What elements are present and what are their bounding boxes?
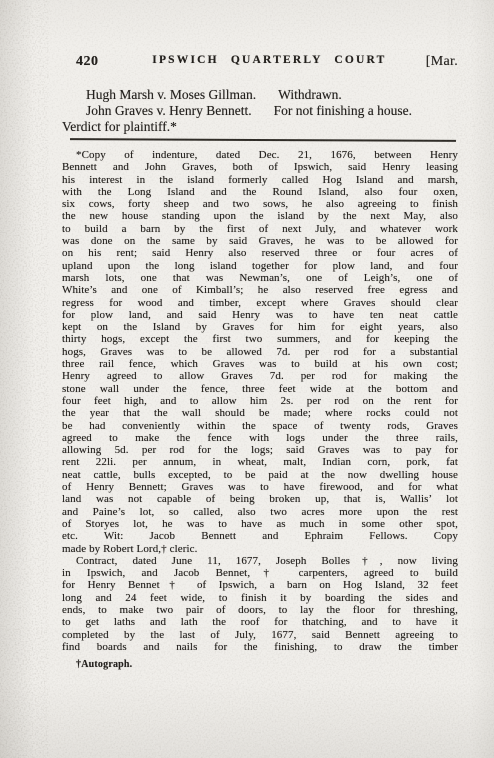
footnote-line: six cows, forty sheep and two sows, he a…	[62, 198, 458, 210]
footnote-line: Bennett and John Graves, both of Ipswich…	[62, 161, 458, 173]
footnote-line: ends, to make two pair of doors, to lay …	[62, 604, 458, 616]
footnote-line: Contract, dated June 11, 1677, Joseph Bo…	[62, 555, 458, 567]
footnote-line: the new house standing upon the island b…	[62, 210, 458, 222]
footnote-line: was done on the same by said Graves, he …	[62, 235, 458, 247]
footnote-line: thirty hogs, except the first two summer…	[62, 333, 458, 345]
footnote-line: the year that the wall should be made; w…	[62, 407, 458, 419]
footnote-line: his interest in the island formerly call…	[62, 174, 458, 186]
case-title: John Graves v. Henry Bennett.	[86, 103, 252, 118]
verdict-line: Verdict for plaintiff.*	[62, 119, 458, 135]
footnote-line: three rail fence, which Graves was to bu…	[62, 358, 458, 370]
header-month-label: [Mar.	[426, 54, 458, 70]
footnote-line: for Henry Bennet† of Ipswich, a barn on …	[62, 579, 458, 591]
page-header: 420 IPSWICH QUARTERLY COURT [Mar.	[62, 54, 458, 72]
footnote-line: *Copy of indenture, dated Dec. 21, 1676,…	[62, 149, 458, 161]
case-list: Hugh Marsh v. Moses Gillman.Withdrawn. J…	[62, 87, 458, 135]
footnote-line: upland upon the long island together for…	[62, 260, 458, 272]
footnote-line: stone wall under the fence, three feet w…	[62, 383, 458, 395]
footnote-line: in Ipswich, and Jacob Bennet,† carpenter…	[62, 567, 458, 579]
case-disposition: For not finishing a house.	[274, 103, 412, 118]
footnote-line: allowing 5d. per rod for the logs; said …	[62, 444, 458, 456]
footnote-line: on his rent; said Henry also reserved th…	[62, 247, 458, 259]
footnote-line: and Paine’s lot, so called, also two acr…	[62, 506, 458, 518]
footnote-line: completed by the last of July, 1677, sai…	[62, 629, 458, 641]
footnote-line: of Storyes lot, he was to have as much i…	[62, 518, 458, 530]
footnote-line: neat cattle, bulls excepted, to be paid …	[62, 469, 458, 481]
footnote-line: long and 24 feet wide, to finish it by b…	[62, 592, 458, 604]
footnote-line: be had conveniently within the space of …	[62, 420, 458, 432]
footnote-line: land was not capable of being broken up,…	[62, 493, 458, 505]
book-page: 420 IPSWICH QUARTERLY COURT [Mar. Hugh M…	[0, 0, 494, 758]
case-title: Hugh Marsh v. Moses Gillman.	[86, 87, 256, 102]
footnote-line: hogs, Graves was to be allowed 7d. per r…	[62, 346, 458, 358]
footnote-paragraph-2: Contract, dated June 11, 1677, Joseph Bo…	[62, 555, 458, 653]
footnote-line: kept on the Island by Graves for him for…	[62, 321, 458, 333]
case-entry: John Graves v. Henry Bennett.For not fin…	[62, 103, 458, 119]
footnote-line: agreed to make the fence with logs under…	[62, 432, 458, 444]
autograph-note: †Autograph.	[76, 659, 458, 671]
footnote: *Copy of indenture, dated Dec. 21, 1676,…	[62, 149, 458, 671]
footnote-paragraph-1: *Copy of indenture, dated Dec. 21, 1676,…	[62, 149, 458, 555]
footnote-line: marsh lots, one that was Newman’s, one o…	[62, 272, 458, 284]
footnote-line: made by Robert Lord,† cleric.	[62, 543, 458, 555]
footnote-line: rent 22li. per annum, in wheat, malt, In…	[62, 456, 458, 468]
footnote-line: find boards and nails for the finishing,…	[62, 641, 458, 653]
running-title: IPSWICH QUARTERLY COURT	[152, 54, 386, 66]
footnote-line: for plow land, and said Henry was to hav…	[62, 309, 458, 321]
footnote-line: with the Long Island and the Round Islan…	[62, 186, 458, 198]
footnote-line: of Henry Bennett; Graves was to have fir…	[62, 481, 458, 493]
page-content: 420 IPSWICH QUARTERLY COURT [Mar. Hugh M…	[62, 54, 458, 671]
page-number: 420	[62, 54, 99, 70]
footnote-line: regress for wood and timber, except wher…	[62, 297, 458, 309]
footnote-divider	[70, 138, 456, 142]
footnote-line: etc. Wit: Jacob Bennett and Ephraim Fell…	[62, 530, 458, 542]
footnote-line: White’s and one of Kimball’s; he also re…	[62, 284, 458, 296]
case-disposition: Withdrawn.	[278, 87, 342, 102]
footnote-line: to get laths and lath the roof for thatc…	[62, 616, 458, 628]
footnote-line: to build a barn by the first of next Jul…	[62, 223, 458, 235]
footnote-line: Henry agreed to allow Graves 7d. per rod…	[62, 370, 458, 382]
case-entry: Hugh Marsh v. Moses Gillman.Withdrawn.	[62, 87, 458, 103]
footnote-line: four feet high, and to allow him 2s. per…	[62, 395, 458, 407]
